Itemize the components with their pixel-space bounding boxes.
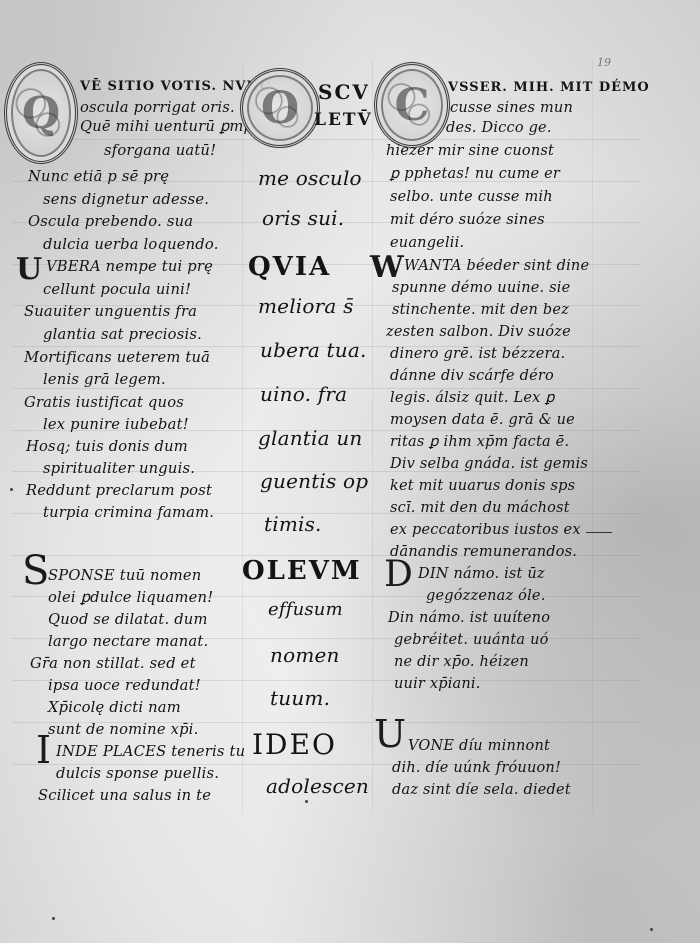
vulgate-line: meliora s̄ [258, 294, 354, 318]
vulgate-line: QVIA [248, 252, 331, 282]
initial-letter: S [22, 548, 49, 594]
prose-line: euangelii. [390, 235, 464, 251]
prose-line: cusse sines mun [450, 100, 573, 116]
prose-line: des. Dicco ge. [446, 120, 552, 136]
initial-letter: D [384, 554, 413, 595]
prose-line: uuir xp̄iani. [394, 676, 481, 692]
prose-line: daz sint díe sela. diedet [392, 782, 571, 798]
verse-line: lex punire iubebat! [43, 415, 189, 433]
verse-line: Quē mihi uenturū ꝑmp [80, 117, 253, 135]
prose-line: mit déro suózе sines [390, 212, 545, 228]
prose-line: VONE díu minnont [408, 738, 550, 754]
vulgate-line: SCV [318, 80, 370, 104]
prose-line: ꝑ pphetas! nu cume er [390, 166, 560, 182]
verse-line: Xp̄icolę dicti nam [48, 698, 181, 716]
prose-line: spunne démo uuine. sie [392, 280, 570, 296]
verse-line: ipsa uoce redundat! [48, 676, 201, 694]
vulgate-line: me osculo [258, 166, 362, 190]
prose-line: WANTA béeder sint dine [404, 258, 589, 274]
vulgate-line: uino. fra [260, 382, 347, 406]
prose-line: hiezer mir sine cuonst [386, 143, 554, 159]
prose-line: scī. mit den du máchost [390, 500, 570, 516]
ornamental-initial-o: O [240, 68, 320, 148]
prose-line: DIN námo. ist ūz [418, 566, 545, 582]
prose-line: ritas ꝑ ihm xp̄m facta ē. [390, 434, 569, 450]
verse-line: sunt de nomine xp̄i. [48, 720, 198, 738]
prose-line: moysen data ē. grā & ue [390, 412, 575, 428]
prose-line: legis. álsiz quit. Lex ꝑ [390, 390, 555, 406]
prose-line: dih. díe uúnk fróuuon! [392, 760, 561, 776]
vulgate-line: nomen [270, 643, 340, 667]
verse-line: SPONSE tuū nomen [48, 566, 201, 584]
verse-line: sforgana uatū! [104, 141, 216, 159]
verse-line: Suauiter unguentis fra [24, 302, 197, 320]
verse-line: VBERA nempe tui prę [46, 257, 213, 275]
prose-line: Din námo. ist uuíteno [388, 610, 550, 626]
verse-line: Reddunt preclarum post [26, 481, 212, 499]
prose-line: Div selba gnáda. ist gemis [390, 456, 588, 472]
initial-letter: U [16, 252, 42, 287]
verse-line: glantia sat preciosis. [43, 325, 202, 343]
verse-line: olei ꝑdulce liquamen! [48, 588, 213, 606]
verse-line: Quod se dilatat. dum [48, 610, 208, 628]
verse-line: dulcis sponse puellis. [56, 764, 219, 782]
verse-line: Scilicet una salus in te [38, 786, 211, 804]
verse-line: Hosq; tuis donis dum [26, 437, 188, 455]
vulgate-line: glantia un [258, 426, 362, 450]
prose-line: ne dir xp̄o. héizen [394, 654, 529, 670]
verse-line: turpia crimina famam. [43, 503, 214, 521]
ornamental-initial-q: Q [4, 62, 78, 164]
prose-line: stinchente. mit den bez [392, 302, 569, 318]
vulgate-line: LETV̄ [314, 110, 373, 130]
prose-line: ket mit uuarus donis sps [390, 478, 575, 494]
vulgate-line: OLEVM [242, 556, 362, 586]
vulgate-line: guentis op [260, 469, 368, 493]
prose-line: ex peccatoribus iustos ex [390, 522, 581, 538]
verse-line: cellunt pocula uini! [43, 280, 191, 298]
verse-line: largo nectare manat. [48, 632, 208, 650]
vulgate-line: oris sui. [262, 206, 344, 230]
verse-line: lenis grā legem. [43, 370, 166, 388]
verse-line: osculа porrigat oris. [80, 98, 235, 116]
prose-line: VSSER. MIH. MIT DÉMO [448, 80, 650, 95]
prose-line: selbo. unte cusse mih [390, 189, 553, 205]
prose-line: dánne div scárfe déro [390, 368, 554, 384]
vulgate-line: IDEO [252, 728, 337, 761]
vulgate-line: adolescen [266, 774, 369, 798]
verse-line: INDE PLACES teneris tu [56, 742, 245, 760]
verse-line: Mortificans ueterem tuā [24, 348, 210, 366]
folio-number: 19 [597, 56, 611, 69]
prose-line: gebréitet. uuánta uó [394, 632, 549, 648]
initial-letter: I [36, 728, 51, 772]
verse-line: Nunc etiā p sē prę [28, 167, 169, 185]
vulgate-line: effusum [268, 599, 343, 620]
verse-line: sens dignetur adesse. [43, 190, 209, 208]
verse-line: Gr̄a non stillat. sed et [30, 654, 196, 672]
vulgate-line: ubera tua. [260, 338, 367, 362]
prose-line: zesten salbon. Div suózе [386, 324, 571, 340]
verse-line: dulcia uerba loquendo. [43, 235, 219, 253]
verse-line: Gratis iustificat quos [24, 393, 184, 411]
verse-line: spiritualiter unguis. [43, 459, 195, 477]
prose-line: dinero grē. ist bézzera. [390, 346, 565, 362]
vulgate-line: tuum. [270, 686, 330, 710]
prose-line: gegózzenaz óle. [426, 588, 546, 604]
verse-line: Oscula prebendo. sua [28, 212, 193, 230]
prose-line: dānandis remunerandos. [390, 544, 577, 560]
vulgate-line: timis. [264, 512, 322, 536]
line-filler [586, 532, 612, 533]
ornamental-initial-c: C [374, 62, 450, 148]
initial-letter: U [374, 712, 406, 756]
